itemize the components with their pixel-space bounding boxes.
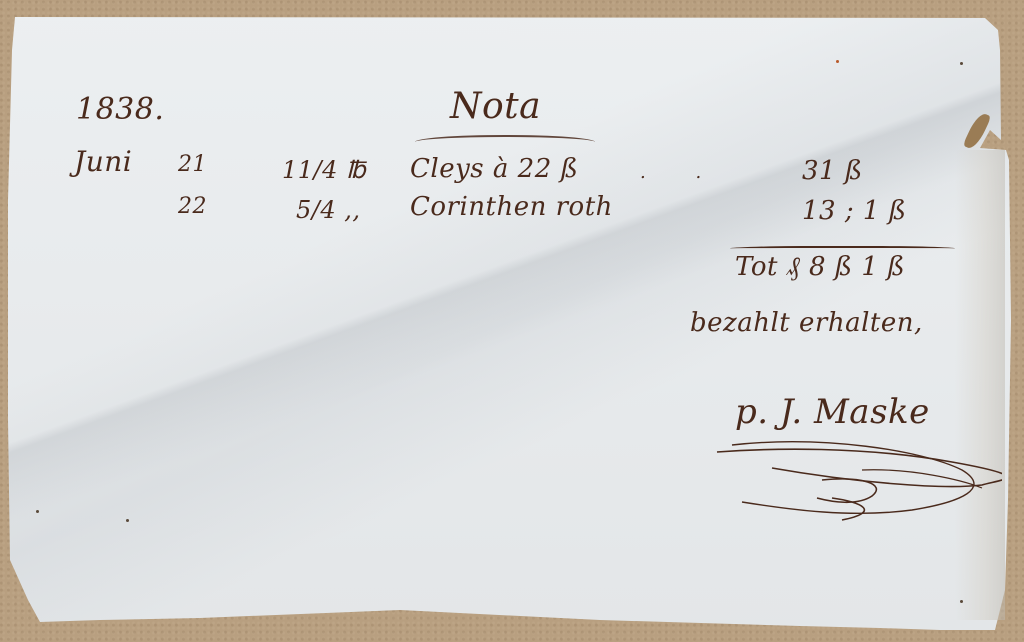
document-year: 1838. — [76, 92, 164, 127]
ink-speck — [836, 60, 839, 63]
invoice-total: Tot ₰ 8 ß 1 ß — [735, 252, 905, 282]
entry-description: Corinthen roth — [410, 192, 613, 222]
payment-received-note: bezahlt erhalten, — [690, 308, 923, 338]
title-underline-flourish — [415, 135, 595, 149]
ink-speck — [126, 519, 129, 522]
ink-speck — [960, 600, 963, 603]
ink-speck — [960, 62, 963, 65]
entry-description: Cleys à 22 ß — [410, 154, 578, 184]
entry-amount: 31 ß — [802, 156, 863, 186]
ink-speck — [36, 510, 39, 513]
entry-day: 22 — [178, 194, 207, 219]
entry-quantity: 5/4 ,, — [296, 196, 361, 224]
entry-quantity: 11/4 ℔ — [282, 156, 366, 184]
entry-day: 21 — [178, 152, 207, 177]
entry-leader-dots: . . — [640, 162, 723, 183]
document-title: Nota — [450, 86, 541, 127]
entry-month: Juni — [74, 145, 132, 178]
signature-flourish-icon — [712, 440, 1002, 525]
entry-amount: 13 ; 1 ß — [802, 196, 907, 226]
signature: p. J. Maske — [735, 392, 930, 432]
